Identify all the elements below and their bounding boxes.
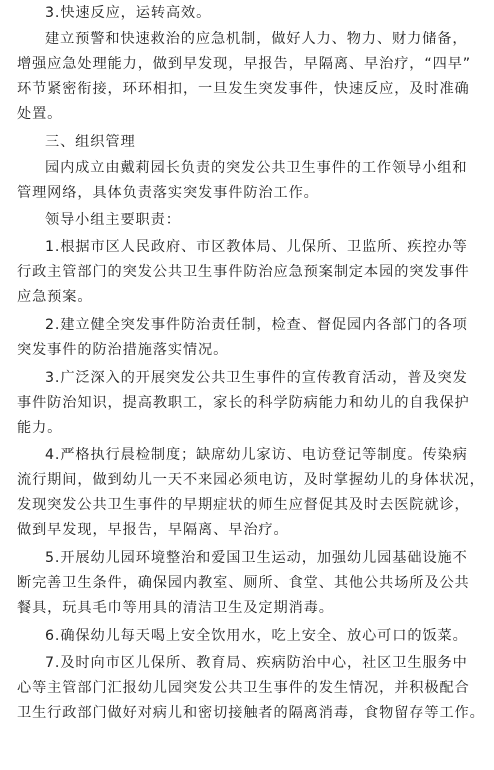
paragraph-line: 环节紧密衔接，环环相扣，一旦发生突发事件，快速反应，及时准确 [17, 77, 470, 102]
duty-item-3: 3.广泛深入的开展突发公共卫生事件的宣传教育活动，普及突发 [45, 366, 468, 391]
paragraph-line: 事件防治知识，提高教职工，家长的科学防病能力和幼儿的自我保护 [17, 391, 470, 416]
document-page: 3.快速反应，运转高效。 建立预警和快速救治的应急机制，做好人力、物力、财力储备… [0, 0, 494, 770]
paragraph-line: 断完善卫生条件，确保园内教室、厕所、食堂、其他公共场所及公共 [17, 571, 470, 596]
paragraph-line: 卫生行政部门做好对病儿和密切接触者的隔离消毒，食物留存等工作。 [17, 701, 485, 726]
paragraph-line: 应急预案。 [17, 285, 92, 310]
paragraph-line: 做到早发现，早报告，早隔离、早治疗。 [17, 518, 289, 543]
paragraph-line: 行政主管部门的突发公共卫生事件防治应急预案制定本园的突发事件 [17, 260, 470, 285]
duty-item-7: 7.及时向市区儿保所、教育局、疾病防治中心，社区卫生服务中 [45, 651, 468, 676]
duty-item-4: 4.严格执行晨检制度；缺席幼儿家访、电访登记等制度。传染病 [45, 443, 468, 468]
paragraph-line: 心等主管部门汇报幼儿园突发公共卫生事件的发生情况，并积极配合 [17, 676, 470, 701]
paragraph-heading-3: 3.快速反应，运转高效。 [45, 1, 211, 26]
paragraph-line: 餐具，玩具毛巾等用具的清洁卫生及定期消毒。 [17, 596, 334, 621]
duty-item-6: 6.确保幼儿每天喝上安全饮用水，吃上安全、放心可口的饭菜。 [45, 624, 468, 649]
duty-item-5: 5.开展幼儿园环境整治和爱国卫生运动，加强幼儿园基础设施不 [45, 546, 468, 571]
section-title: 三、组织管理 [45, 130, 136, 155]
paragraph-line: 建立预警和快速救治的应急机制，做好人力、物力、财力储备， [45, 27, 467, 52]
paragraph-line: 流行期间，做到幼儿一天不来园必须电访，及时掌握幼儿的身体状况， [17, 468, 485, 493]
subsection-title: 领导小组主要职责： [45, 208, 181, 233]
paragraph-line: 发现突发公共卫生事件的早期症状的师生应督促其及时去医院就诊， [17, 493, 470, 518]
paragraph-line: 突发事件的防治措施落实情况。 [17, 338, 228, 363]
duty-item-2: 2.建立健全突发事件防治责任制，检查、督促园内各部门的各项 [45, 313, 468, 338]
paragraph-line: 处置。 [17, 102, 62, 127]
paragraph-line: 园内成立由戴莉园长负责的突发公共卫生事件的工作领导小组和 [45, 156, 467, 181]
duty-item-1: 1.根据市区人民政府、市区教体局、儿保所、卫监所、疾控办等 [45, 235, 468, 260]
paragraph-line: 能力。 [17, 416, 62, 441]
paragraph-line: 管理网络，具体负责落实突发事件防治工作。 [17, 181, 319, 206]
paragraph-line: 增强应急处理能力，做到早发现，早报告，早隔离、早治疗，“四早” [17, 52, 471, 77]
